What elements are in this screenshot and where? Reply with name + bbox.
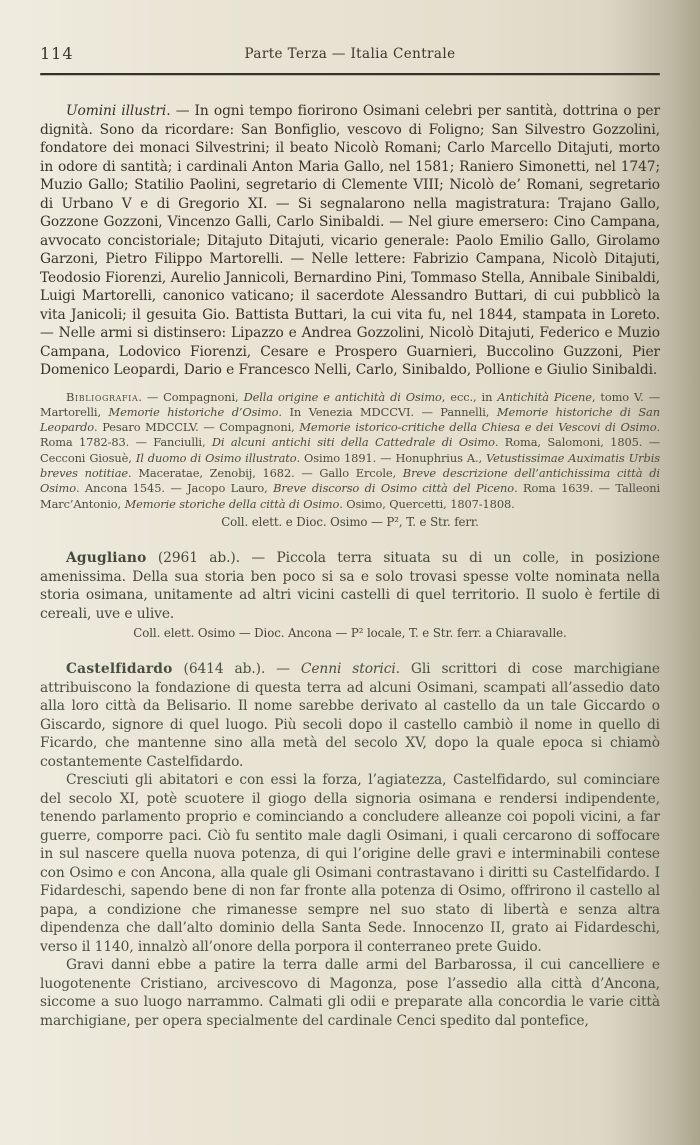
page-header: 114 Parte Terza — Italia Centrale: [40, 44, 660, 64]
paragraph-bibliografia: Bibliografia. — Compagnoni, Della origin…: [40, 390, 660, 512]
book-page: 114 Parte Terza — Italia Centrale Uomini…: [0, 0, 700, 1145]
paragraph-castelfidardo-2: Cresciuti gli abitatori e con essi la fo…: [40, 771, 660, 956]
paragraph-uomini-illustri: Uomini illustri. — In ogni tempo fioriro…: [40, 102, 660, 380]
paragraph-castelfidardo-3: Gravi danni ebbe a patire la terra dalle…: [40, 956, 660, 1030]
coll-line-agugliano: Coll. elett. Osimo — Dioc. Ancona — P² l…: [40, 626, 660, 641]
page-body: Uomini illustri. — In ogni tempo fioriro…: [40, 102, 660, 1030]
coll-line-osimo: Coll. elett. e Dioc. Osimo — P², T. e St…: [40, 515, 660, 530]
running-title: Parte Terza — Italia Centrale: [40, 46, 660, 62]
header-rule: [40, 73, 660, 75]
paragraph-castelfidardo-1: Castelfidardo (6414 ab.). — Cenni storic…: [40, 660, 660, 771]
paragraph-agugliano: Agugliano (2961 ab.). — Piccola terra si…: [40, 549, 660, 623]
